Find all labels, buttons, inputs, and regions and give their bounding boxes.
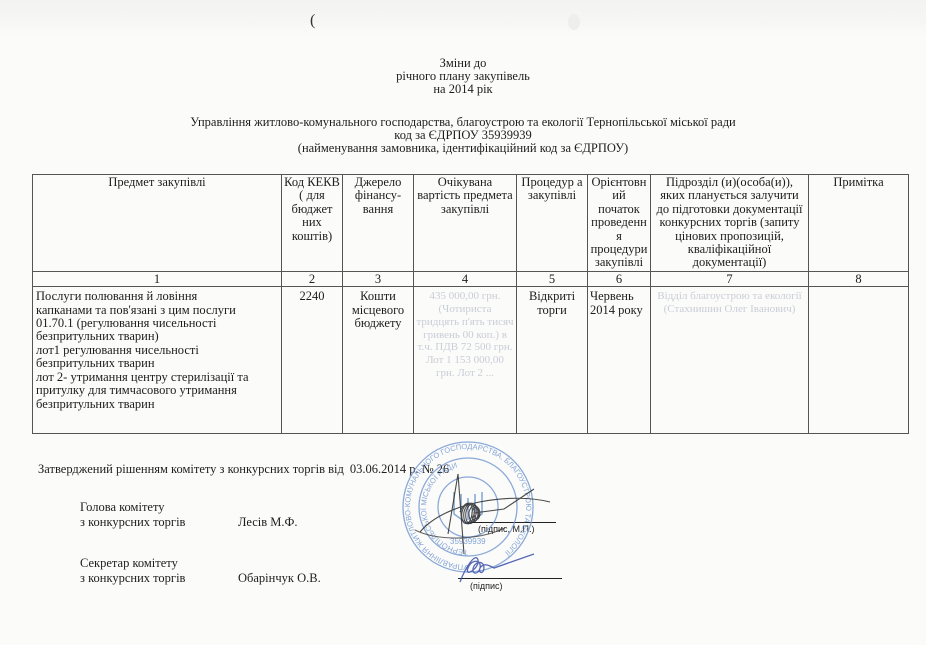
approval-line: Затверджений рішенням комітету з конкурс… bbox=[38, 462, 449, 477]
punch-hole-mark bbox=[568, 14, 580, 30]
official-stamp-icon: УПРАВЛІННЯ ЖИТЛОВО-КОМУНАЛЬНОГО ГОСПОДАР… bbox=[390, 432, 590, 602]
column-header: Орієнтовн ий початок проведенн я процеду… bbox=[588, 175, 651, 272]
subject-line: капканами та пов'язані з цим послуги bbox=[36, 304, 279, 317]
column-number: 4 bbox=[414, 271, 517, 286]
column-header: Процедур а закупівлі bbox=[517, 175, 588, 272]
signer-role: з конкурсних торгів bbox=[80, 515, 380, 530]
approval-date-number: 03.06.2014 р. № 26 bbox=[350, 462, 449, 476]
table-row: Послуги полювання й ловіння капканами та… bbox=[33, 287, 909, 434]
subject-line: Послуги полювання й ловіння bbox=[36, 290, 279, 303]
column-number: 5 bbox=[517, 271, 588, 286]
column-number: 7 bbox=[651, 271, 809, 286]
subject-line: притулку для тимчасового утримання bbox=[36, 384, 279, 397]
subject-line: безпритульних тварин bbox=[36, 398, 279, 411]
table-header-row: Предмет закупівлі Код КЕКВ ( для бюджет … bbox=[33, 175, 909, 272]
column-number-row: 1 2 3 4 5 6 7 8 bbox=[33, 271, 909, 286]
signature-line bbox=[468, 522, 556, 523]
column-header: Підрозділ (и)(особа(и)), яких планується… bbox=[651, 175, 809, 272]
expected-cost: 435 000,00 грн. (Чотириста тридцять п'ят… bbox=[414, 287, 517, 434]
column-header: Очікувана вартість предмета закупівлі bbox=[414, 175, 517, 272]
document-title: Зміни до річного плану закупівель на 201… bbox=[0, 57, 926, 96]
column-header: Примітка bbox=[809, 175, 909, 272]
stamp-code: 35939939 bbox=[450, 537, 486, 546]
signature-caption: (підпис, М.П.) bbox=[478, 524, 535, 534]
procurement-plan-table: Предмет закупівлі Код КЕКВ ( для бюджет … bbox=[32, 174, 909, 434]
column-header: Джерело фінансу- вання bbox=[343, 175, 414, 272]
procedure: Відкриті торги bbox=[517, 287, 588, 434]
column-number: 8 bbox=[809, 271, 909, 286]
punch-hole-mark: ( bbox=[310, 12, 315, 30]
signature-block-chair: Голова комітету з конкурсних торгів Лесі… bbox=[80, 500, 380, 530]
subject-line: лот1 регулювання чисельності bbox=[36, 344, 279, 357]
signer-role: Голова комітету bbox=[80, 500, 380, 515]
signature-caption: (підпис) bbox=[470, 581, 503, 591]
approval-text: Затверджений рішенням комітету з конкурс… bbox=[38, 462, 344, 476]
customer-caption: (найменування замовника, ідентифікаційни… bbox=[0, 142, 926, 155]
column-number: 6 bbox=[588, 271, 651, 286]
column-number: 3 bbox=[343, 271, 414, 286]
start-date: Червень 2014 року bbox=[588, 287, 651, 434]
procurement-subject: Послуги полювання й ловіння капканами та… bbox=[33, 287, 282, 434]
funding-source: Кошти місцевого бюджету bbox=[343, 287, 414, 434]
subject-line: безпритульних тварин) bbox=[36, 330, 279, 343]
title-line: на 2014 рік bbox=[0, 83, 926, 96]
signer-name: Лесів М.Ф. bbox=[238, 515, 298, 530]
subject-line: безпритульних тварин bbox=[36, 357, 279, 370]
column-header: Предмет закупівлі bbox=[33, 175, 282, 272]
kekv-code: 2240 bbox=[282, 287, 343, 434]
signature-block-secretary: Секретар комітету з конкурсних торгів Об… bbox=[80, 556, 380, 586]
responsible-unit: Відділ благоустрою та екології (Стахниши… bbox=[651, 287, 809, 434]
column-header: Код КЕКВ ( для бюджет них коштів) bbox=[282, 175, 343, 272]
signer-role: Секретар комітету bbox=[80, 556, 380, 571]
note bbox=[809, 287, 909, 434]
subject-line: 01.70.1 (регулювання чисельності bbox=[36, 317, 279, 330]
signature-line bbox=[458, 578, 562, 579]
column-number: 1 bbox=[33, 271, 282, 286]
signer-role: з конкурсних торгів bbox=[80, 571, 380, 586]
customer-block: Управління житлово-комунального господар… bbox=[0, 116, 926, 155]
scan-shadow bbox=[0, 0, 926, 36]
subject-line: лот 2- утримання центру стерилізації та bbox=[36, 371, 279, 384]
column-number: 2 bbox=[282, 271, 343, 286]
signer-name: Обарінчук О.В. bbox=[238, 571, 321, 586]
